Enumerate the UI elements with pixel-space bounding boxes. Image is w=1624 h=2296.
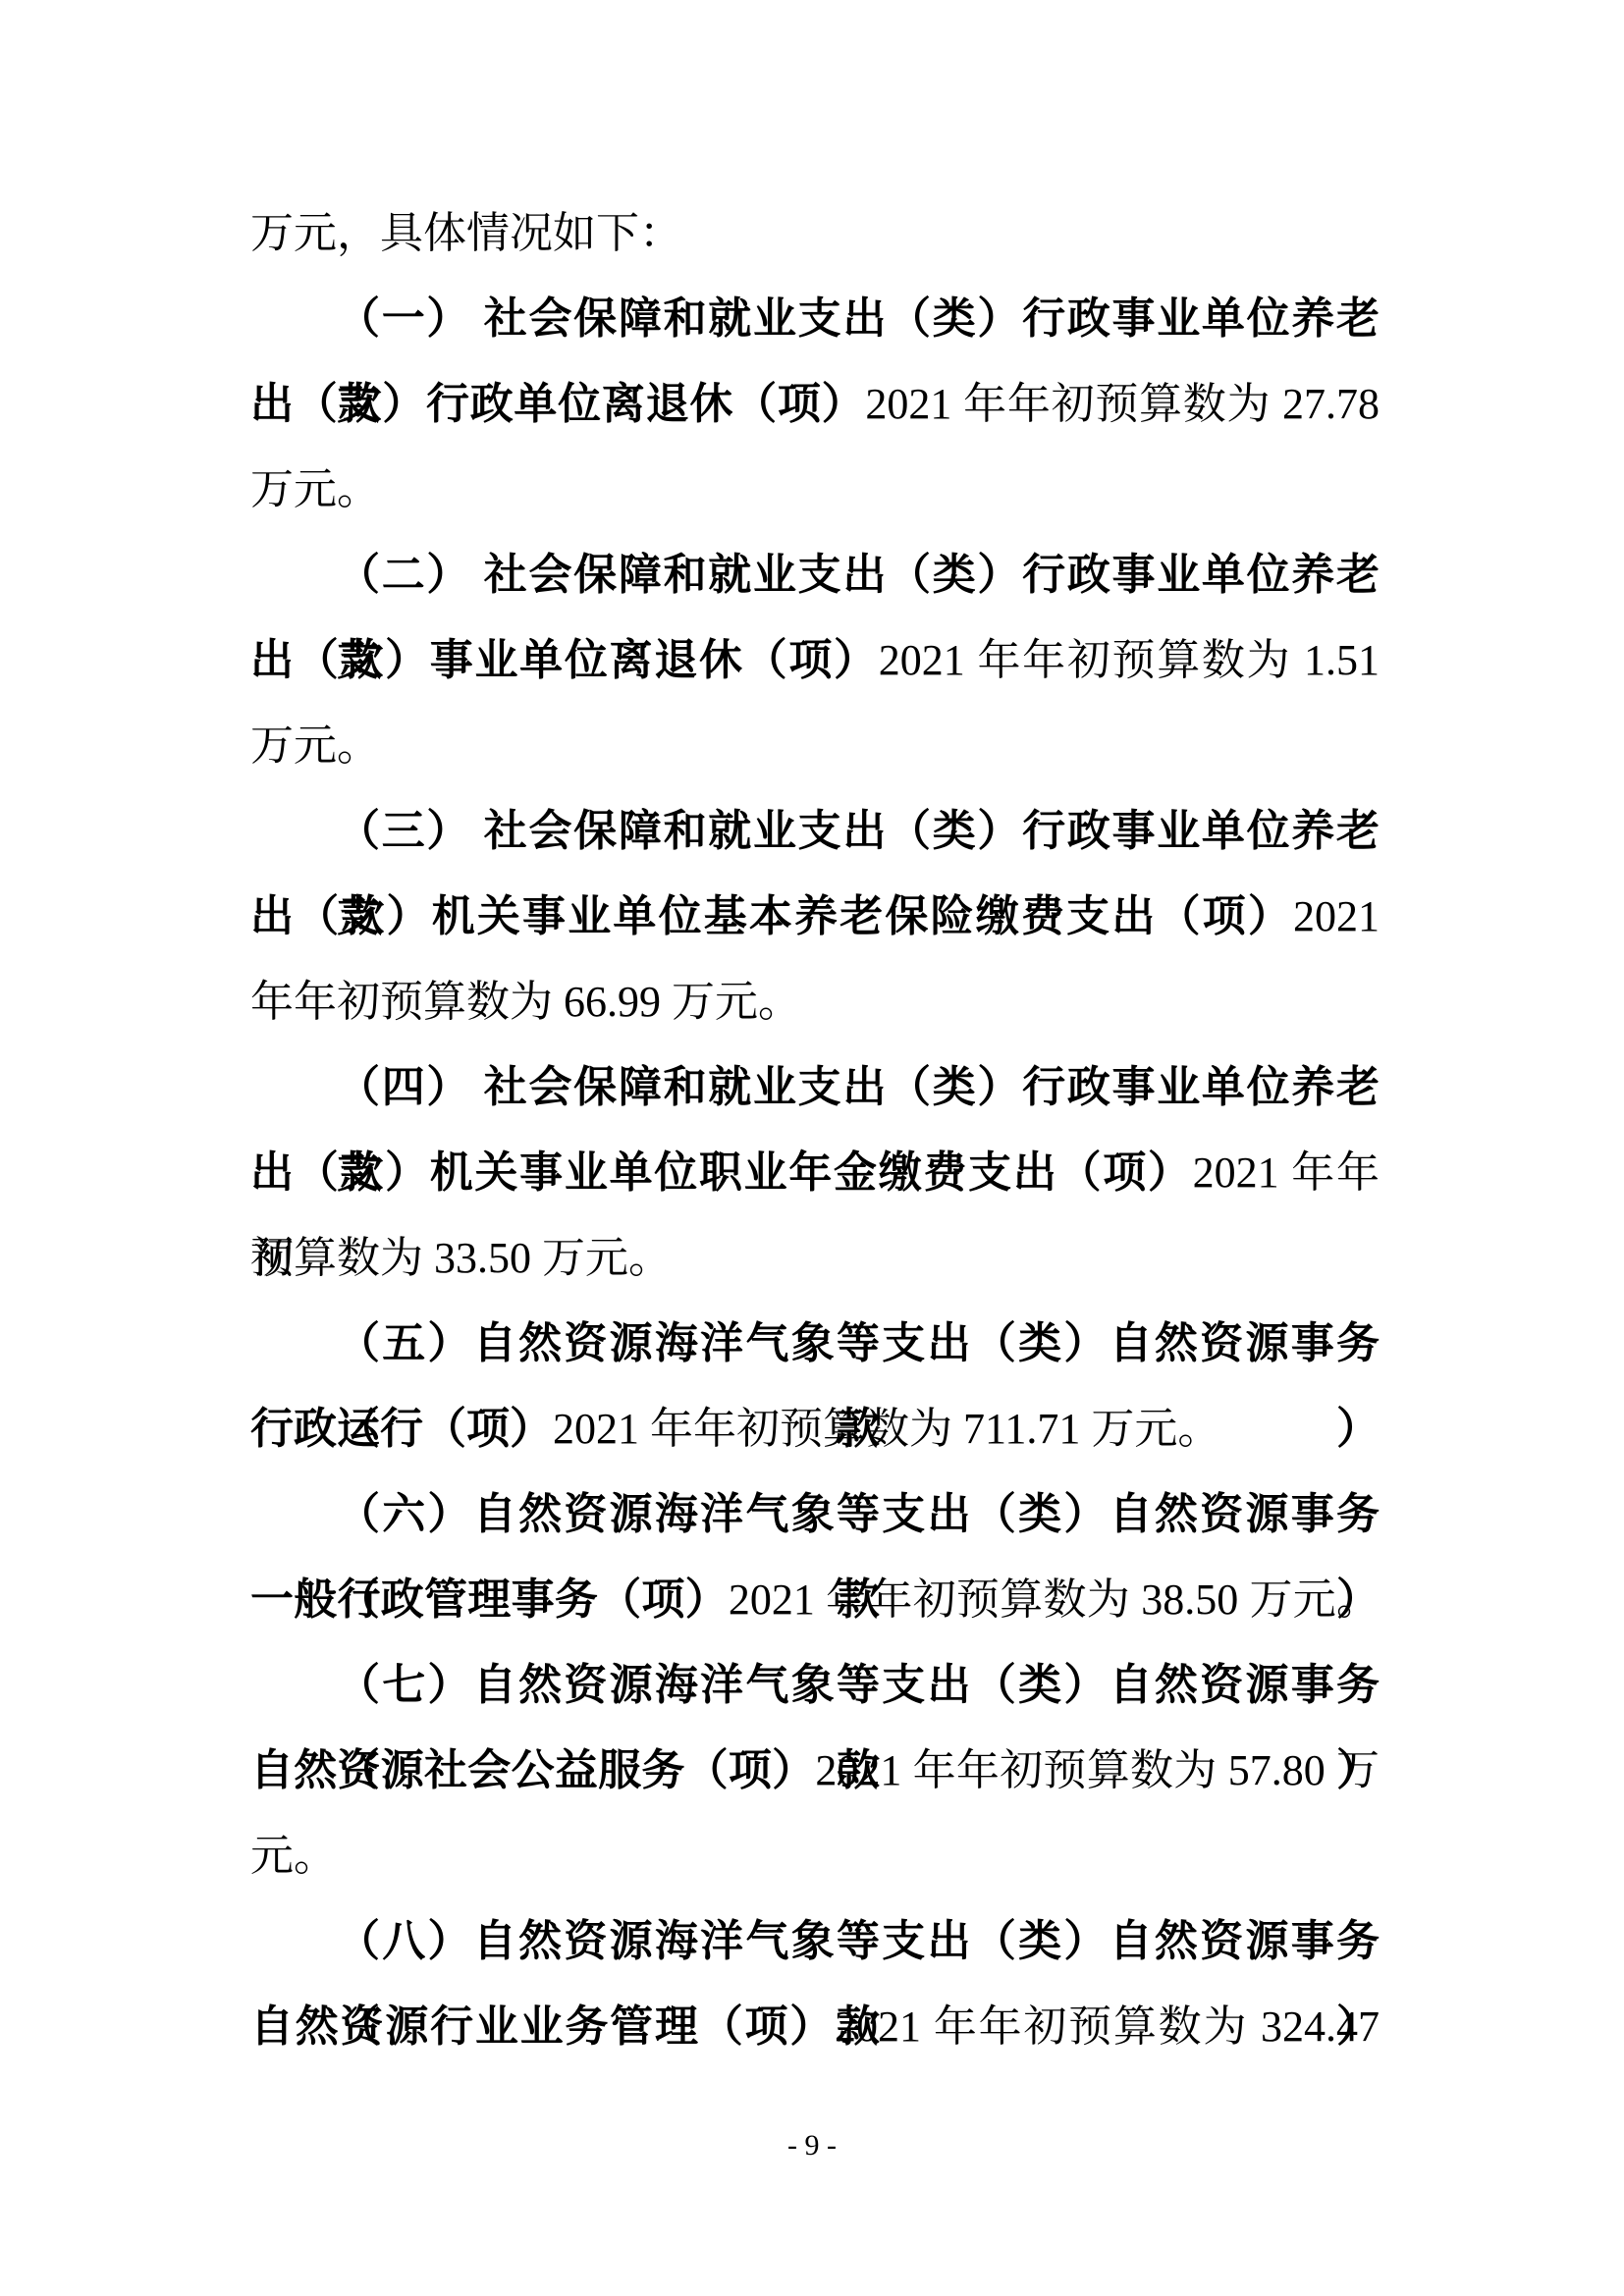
text-segment: 万元。 <box>250 721 380 770</box>
text-segment: 万元，具体情况如下： <box>250 209 682 257</box>
text-segment: 元。 <box>250 1832 337 1880</box>
text-segment: 2021 <box>1293 892 1380 940</box>
text-line: （一） 社会保障和就业支出（类）行政事业单位养老支 <box>250 276 1380 361</box>
text-line: 万元。 <box>250 447 1380 532</box>
text-line: 出（款）事业单位离退休（项）2021 年年初预算数为 1.51 <box>250 617 1380 703</box>
document-page: 万元，具体情况如下：（一） 社会保障和就业支出（类）行政事业单位养老支出（款）行… <box>0 0 1624 2296</box>
text-line: 出（款）机关事业单位职业年金缴费支出（项）2021 年年初 <box>250 1130 1380 1215</box>
budget-item-name-segment: 出（款）事业单位离退休（项） <box>250 636 879 684</box>
text-segment: 2021 年年初预算数为 324.47 <box>835 2002 1380 2051</box>
text-line: （四） 社会保障和就业支出（类）行政事业单位养老支 <box>250 1044 1380 1130</box>
text-segment: 万元。 <box>250 465 380 513</box>
text-line: 自然资源社会公益服务（项）2021 年年初预算数为 57.80 万 <box>250 1728 1380 1813</box>
budget-item-name-segment: 自然资源社会公益服务（项） <box>250 1746 815 1794</box>
text-line: 行政运行（项）2021 年年初预算数为 711.71 万元。 <box>250 1386 1380 1471</box>
document-body: 万元，具体情况如下：（一） 社会保障和就业支出（类）行政事业单位养老支出（款）行… <box>250 190 1380 2069</box>
budget-item-name-segment: 出（款）机关事业单位基本养老保险缴费支出（项） <box>250 892 1293 940</box>
text-line: （五）自然资源海洋气象等支出（类）自然资源事务（款） <box>250 1301 1380 1386</box>
text-line: （二） 社会保障和就业支出（类）行政事业单位养老支 <box>250 532 1380 617</box>
text-segment: 2021 年年初预算数为 27.78 <box>865 380 1380 428</box>
text-line: 出（款）行政单位离退休（项）2021 年年初预算数为 27.78 <box>250 361 1380 447</box>
text-line: （七）自然资源海洋气象等支出（类）自然资源事务（款） <box>250 1642 1380 1728</box>
text-line: 预算数为 33.50 万元。 <box>250 1215 1380 1301</box>
text-line: （三） 社会保障和就业支出（类）行政事业单位养老支 <box>250 788 1380 874</box>
budget-item-name-segment: 行政运行（项） <box>250 1405 553 1453</box>
text-line: （六）自然资源海洋气象等支出（类）自然资源事务（款） <box>250 1471 1380 1557</box>
text-segment: 预算数为 33.50 万元。 <box>250 1234 672 1282</box>
text-segment: 年年初预算数为 66.99 万元。 <box>250 978 801 1026</box>
text-segment: 2021 年年初预算数为 38.50 万元。 <box>729 1575 1380 1624</box>
budget-item-name-segment: 出（款）机关事业单位职业年金缴费支出（项） <box>250 1148 1193 1197</box>
page-number: - 9 - <box>0 2126 1624 2165</box>
budget-item-name-segment: 出（款）行政单位离退休（项） <box>250 380 865 428</box>
text-line: 万元，具体情况如下： <box>250 190 1380 276</box>
text-line: 元。 <box>250 1813 1380 1898</box>
text-segment: 2021 年年初预算数为 57.80 万 <box>815 1746 1380 1794</box>
text-segment: 2021 年年初预算数为 711.71 万元。 <box>553 1405 1220 1453</box>
text-line: （八）自然资源海洋气象等支出（类）自然资源事务（款） <box>250 1898 1380 1984</box>
budget-item-name-segment: 自然资源行业业务管理（项） <box>250 2002 835 2051</box>
text-line: 一般行政管理事务（项）2021 年年初预算数为 38.50 万元。 <box>250 1557 1380 1642</box>
text-line: 年年初预算数为 66.99 万元。 <box>250 959 1380 1044</box>
text-line: 自然资源行业业务管理（项）2021 年年初预算数为 324.47 <box>250 1984 1380 2069</box>
text-line: 出（款）机关事业单位基本养老保险缴费支出（项）2021 <box>250 874 1380 959</box>
text-line: 万元。 <box>250 703 1380 788</box>
text-segment: 2021 年年初预算数为 1.51 <box>879 636 1380 684</box>
budget-item-name-segment: 一般行政管理事务（项） <box>250 1575 729 1624</box>
